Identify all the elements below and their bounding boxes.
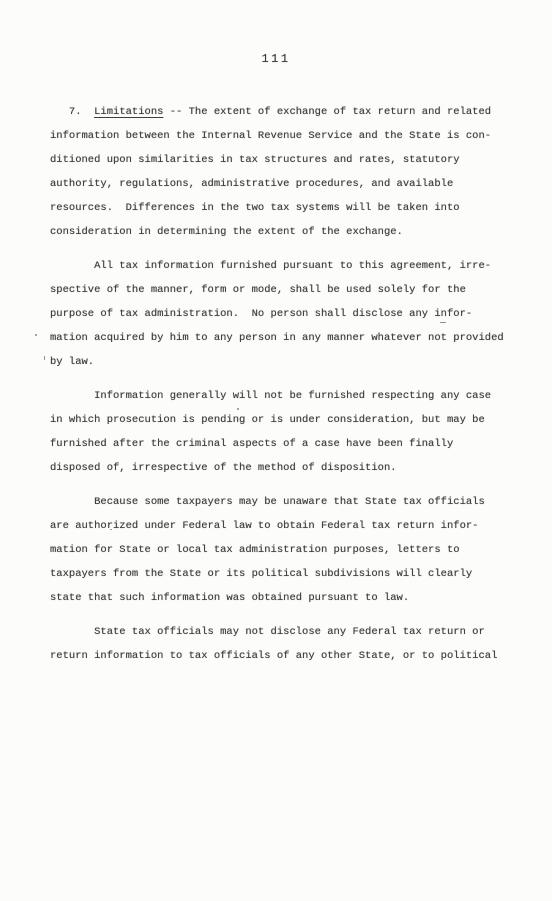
text-line: Information generally will not be furnis… xyxy=(50,384,522,408)
paragraph-limitations: 7. Limitations -- The extent of exchange… xyxy=(50,100,522,244)
text-line: return information to tax officials of a… xyxy=(50,644,522,668)
scan-speck xyxy=(440,322,446,323)
document-page: 111 7. Limitations -- The extent of exch… xyxy=(0,0,552,901)
scan-speck xyxy=(35,334,37,336)
text-line: state that such information was obtained… xyxy=(50,586,522,610)
text-line: purpose of tax administration. No person… xyxy=(50,302,522,326)
text-line: 7. Limitations -- The extent of exchange… xyxy=(50,100,522,124)
scan-speck xyxy=(237,408,239,410)
text-line: furnished after the criminal aspects of … xyxy=(50,432,522,456)
text-line: in which prosecution is pending or is un… xyxy=(50,408,522,432)
heading-rest: -- The extent of exchange of tax return … xyxy=(163,106,491,118)
paragraph-prosecution-cases: Information generally will not be furnis… xyxy=(50,384,522,480)
text-line: spective of the manner, form or mode, sh… xyxy=(50,278,522,302)
text-line: Because some taxpayers may be unaware th… xyxy=(50,490,522,514)
document-body: 7. Limitations -- The extent of exchange… xyxy=(50,100,522,678)
page-number: 111 xyxy=(0,52,552,66)
limitations-heading: Limitations xyxy=(94,106,163,118)
text-line: taxpayers from the State or its politica… xyxy=(50,562,522,586)
text-line: mation acquired by him to any person in … xyxy=(50,326,522,350)
text-line: ditioned upon similarities in tax struct… xyxy=(50,148,522,172)
text-line: State tax officials may not disclose any… xyxy=(50,620,522,644)
paragraph-use-of-information: All tax information furnished pursuant t… xyxy=(50,254,522,374)
text-line: disposed of, irrespective of the method … xyxy=(50,456,522,480)
text-line: authority, regulations, administrative p… xyxy=(50,172,522,196)
item-number: 7. xyxy=(50,106,94,118)
paragraph-taxpayer-letters: Because some taxpayers may be unaware th… xyxy=(50,490,522,610)
text-line: All tax information furnished pursuant t… xyxy=(50,254,522,278)
scan-speck xyxy=(110,529,112,530)
text-line: consideration in determining the extent … xyxy=(50,220,522,244)
text-line: information between the Internal Revenue… xyxy=(50,124,522,148)
paragraph-no-disclosure: State tax officials may not disclose any… xyxy=(50,620,522,668)
text-line: by law. xyxy=(50,350,522,374)
text-line: are authorized under Federal law to obta… xyxy=(50,514,522,538)
scan-speck xyxy=(44,356,45,360)
text-line: mation for State or local tax administra… xyxy=(50,538,522,562)
text-line: resources. Differences in the two tax sy… xyxy=(50,196,522,220)
